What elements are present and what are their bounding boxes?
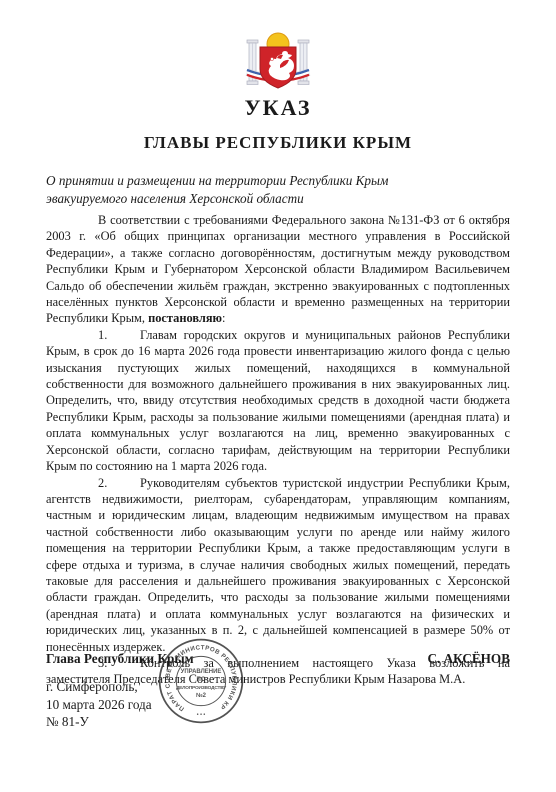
stamp-center-line-3: ДЕЛОПРОИЗВОДСТВУ <box>176 685 226 691</box>
item-1-text: Главам городских округов и муниципальных… <box>46 328 510 473</box>
decree-item-2: 2.Руководителям субъектов туристской инд… <box>46 475 510 655</box>
decree-item-1: 1.Главам городских округов и муниципальн… <box>46 327 510 475</box>
item-1-number: 1. <box>98 327 140 343</box>
office-stamp-graphic: АППАРАТ СОВЕТА МИНИСТРОВ РЕСПУБЛИКИ КРЫМ… <box>157 637 245 725</box>
item-2-text: Руководителям субъектов туристской индус… <box>46 476 510 654</box>
resolve-word: постановляю <box>148 311 222 325</box>
stamp-center-line-1: УПРАВЛЕНИЕ <box>181 669 222 675</box>
subject-line-2: эвакуируемого населения Херсонской облас… <box>46 190 486 208</box>
decree-document-page: УКАЗ ГЛАВЫ РЕСПУБЛИКИ КРЫМ О принятии и … <box>0 0 556 792</box>
issue-number: № 81-У <box>46 713 152 731</box>
decree-body: В соответствии с требованиями Федерально… <box>46 212 510 688</box>
stamp-bottom-dots: • • • <box>197 712 206 718</box>
intro-paragraph: В соответствии с требованиями Федерально… <box>46 212 510 327</box>
office-stamp: АППАРАТ СОВЕТА МИНИСТРОВ РЕСПУБЛИКИ КРЫМ… <box>157 637 245 725</box>
signature-row: Глава Республики Крым С. АКСЁНОВ <box>46 651 510 667</box>
subject-line-1: О принятии и размещении на территории Ре… <box>46 172 486 190</box>
resolve-colon: : <box>222 311 225 325</box>
document-subject: О принятии и размещении на территории Ре… <box>46 172 486 207</box>
signer-name: С. АКСЁНОВ <box>427 651 510 667</box>
issue-date: 10 марта 2026 года <box>46 696 152 714</box>
item-2-number: 2. <box>98 475 140 491</box>
crimea-coat-of-arms-graphic <box>244 31 312 91</box>
issue-city: г. Симферополь, <box>46 678 152 696</box>
issue-block: г. Симферополь, 10 марта 2026 года № 81-… <box>46 678 152 731</box>
stamp-center-line-4: №2 <box>196 692 207 699</box>
crimea-coat-of-arms <box>244 31 312 91</box>
document-title: УКАЗ <box>0 95 556 121</box>
document-subtitle: ГЛАВЫ РЕСПУБЛИКИ КРЫМ <box>0 133 556 153</box>
intro-text: В соответствии с требованиями Федерально… <box>46 213 510 325</box>
stamp-center-line-2: ПО <box>197 677 206 683</box>
